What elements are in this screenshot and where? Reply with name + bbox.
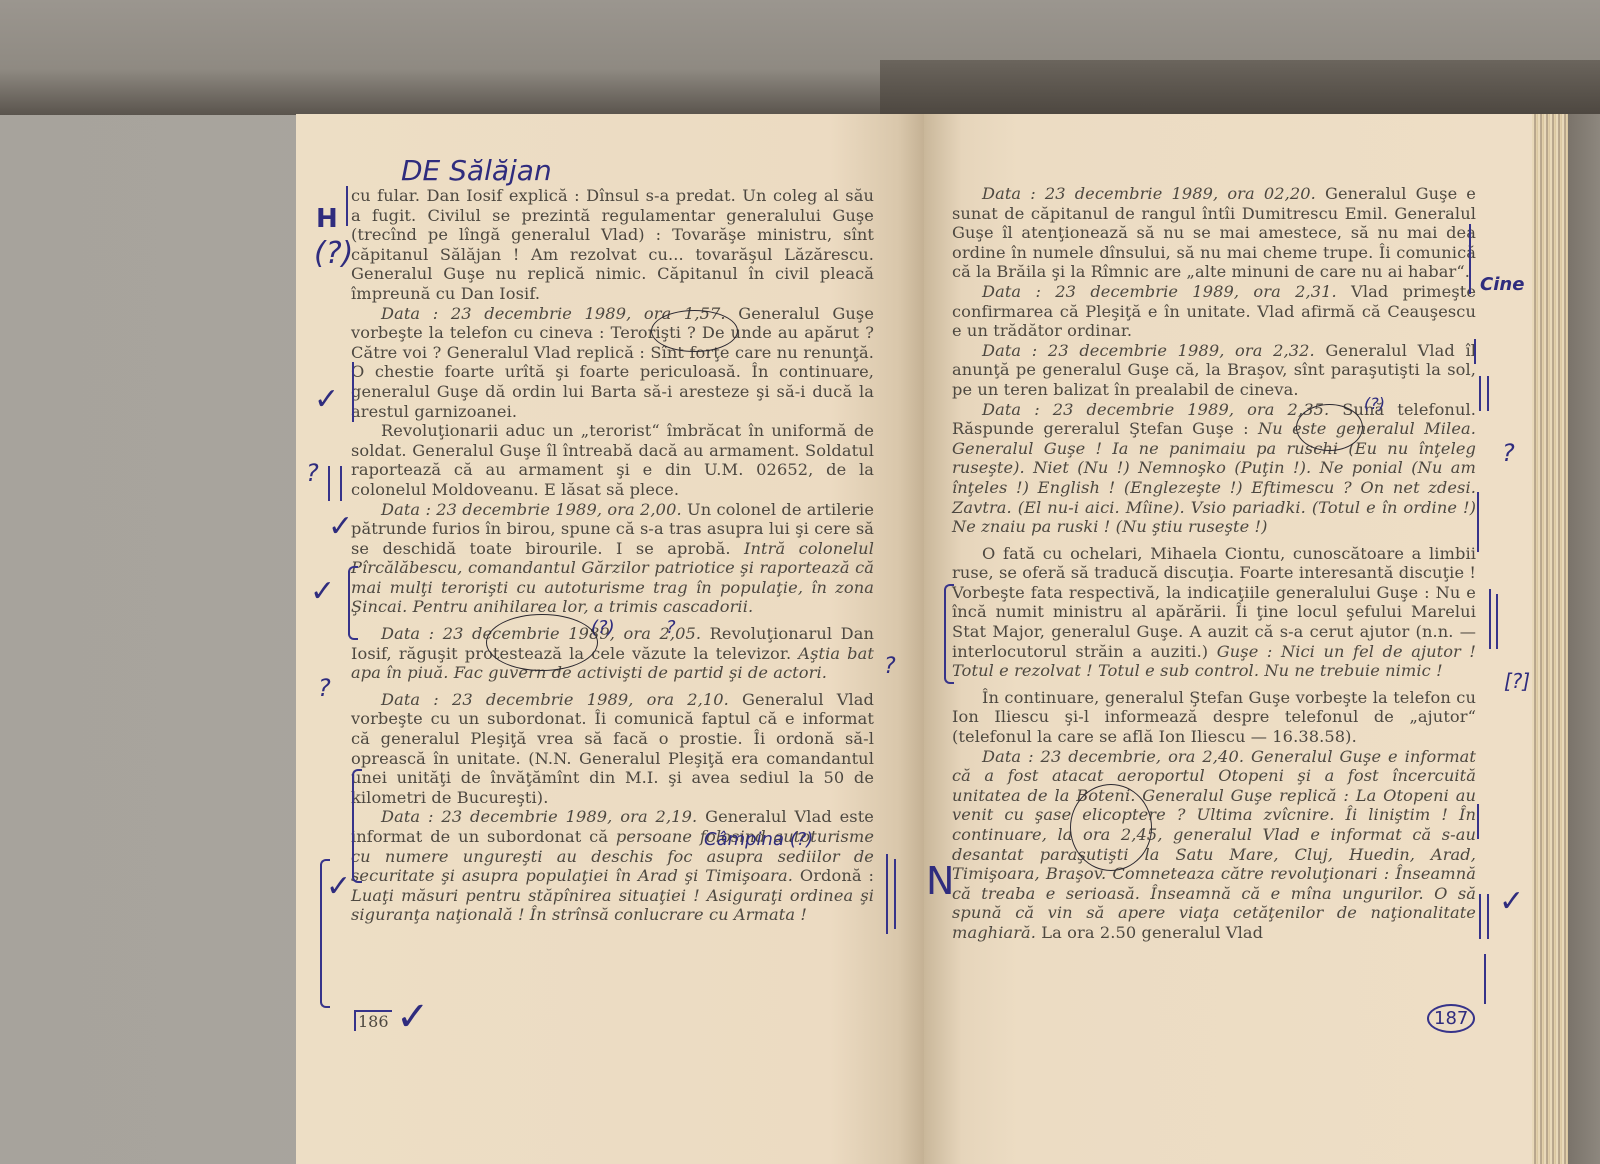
margin-line: [1479, 894, 1481, 939]
paragraph: Data : 23 decembrie 1989, ora 2,10. Gene…: [351, 690, 874, 808]
handwritten-question-mark: (?): [314, 236, 353, 271]
handwritten-header: DE Sălăjan: [401, 154, 552, 187]
left-page: DE Sălăjan cu fular. Dan Iosif explică :…: [296, 114, 924, 1164]
paragraph: Data : 23 decembrie 1989, ora 2,00. Un c…: [351, 500, 874, 618]
margin-line: [340, 466, 342, 501]
margin-line: [894, 859, 896, 929]
scanner-background-right: [1568, 114, 1600, 1164]
margin-bracket: [352, 769, 362, 883]
handwritten-question-circle: [?]: [1504, 669, 1530, 693]
handwritten-question-mark: ?: [318, 674, 331, 702]
check-mark-icon: ✓: [1499, 884, 1524, 919]
paragraph: Data : 23 decembrie, ora 2,40. Generalul…: [952, 747, 1476, 943]
check-mark-icon: ✓: [396, 994, 430, 1040]
paragraph: Data : 23 decembrie 1989, ora 2,35. Sună…: [952, 400, 1476, 537]
paragraph: Revoluţionarii aduc un „terorist“ îmbrăc…: [351, 421, 874, 499]
circle-mark: [486, 614, 598, 671]
margin-line: [1469, 224, 1471, 294]
check-mark-icon: ✓: [310, 574, 335, 609]
page-number: 186: [354, 1012, 392, 1031]
handwritten-question-mark: ?: [1502, 439, 1515, 467]
margin-bracket: [348, 566, 358, 640]
paragraph: În continuare, generalul Ştefan Guşe vor…: [952, 688, 1476, 747]
handwritten-mark: H: [316, 204, 338, 234]
check-mark-icon: ✓: [326, 869, 351, 904]
margin-line: [1487, 894, 1489, 939]
page-number-circled: 187: [1427, 1004, 1475, 1033]
handwritten-note-campina: Câmpina (?): [704, 829, 813, 850]
margin-line: [1489, 589, 1491, 649]
handwritten-question-circle: (?): [1364, 394, 1385, 413]
handwritten-mark: N: [926, 859, 954, 903]
margin-line: [1474, 339, 1476, 364]
margin-line: [346, 186, 348, 226]
handwritten-question-mark: ?: [666, 617, 676, 638]
check-mark-icon: ✓: [314, 382, 339, 417]
handwritten-question-mark: ?: [306, 459, 319, 487]
margin-line: [328, 466, 330, 501]
paragraph: Data : 23 decembrie 1989, ora 02,20. Gen…: [952, 184, 1476, 282]
handwritten-question-mark: ?: [884, 654, 896, 679]
open-book: DE Sălăjan cu fular. Dan Iosif explică :…: [296, 114, 1566, 1164]
right-page: Data : 23 decembrie 1989, ora 02,20. Gen…: [924, 114, 1552, 1164]
margin-line: [1487, 376, 1489, 411]
circle-mark: [1070, 784, 1152, 871]
paragraph: O fată cu ochelari, Mihaela Ciontu, cuno…: [952, 544, 1476, 681]
paragraph: Data : 23 decembrie 1989, ora 2,19. Gene…: [351, 807, 874, 925]
paragraph: Data : 23 decembrie 1989, ora 2,32. Gene…: [952, 341, 1476, 400]
book-shadow-top: [880, 60, 1600, 115]
paragraph: Data : 23 decembrie 1989, ora 1,57. Gene…: [351, 304, 874, 422]
circle-mark: [651, 310, 738, 352]
check-mark-icon: ✓: [328, 509, 353, 544]
margin-line: [1479, 376, 1481, 411]
page-edges: [1532, 114, 1572, 1164]
margin-line: [352, 362, 354, 422]
paragraph: cu fular. Dan Iosif explică : Dînsul s-a…: [351, 186, 874, 304]
circle-mark: [1296, 404, 1363, 451]
paragraph: Data : 23 decembrie 1989, ora 2,31. Vlad…: [952, 282, 1476, 341]
right-page-text: Data : 23 decembrie 1989, ora 02,20. Gen…: [952, 184, 1476, 943]
margin-line: [1477, 492, 1479, 552]
margin-line: [886, 854, 888, 934]
left-page-text: cu fular. Dan Iosif explică : Dînsul s-a…: [351, 186, 874, 925]
margin-line: [1484, 954, 1486, 1004]
margin-bracket: [944, 584, 954, 684]
margin-line: [1496, 594, 1498, 649]
margin-line: [1477, 804, 1479, 839]
